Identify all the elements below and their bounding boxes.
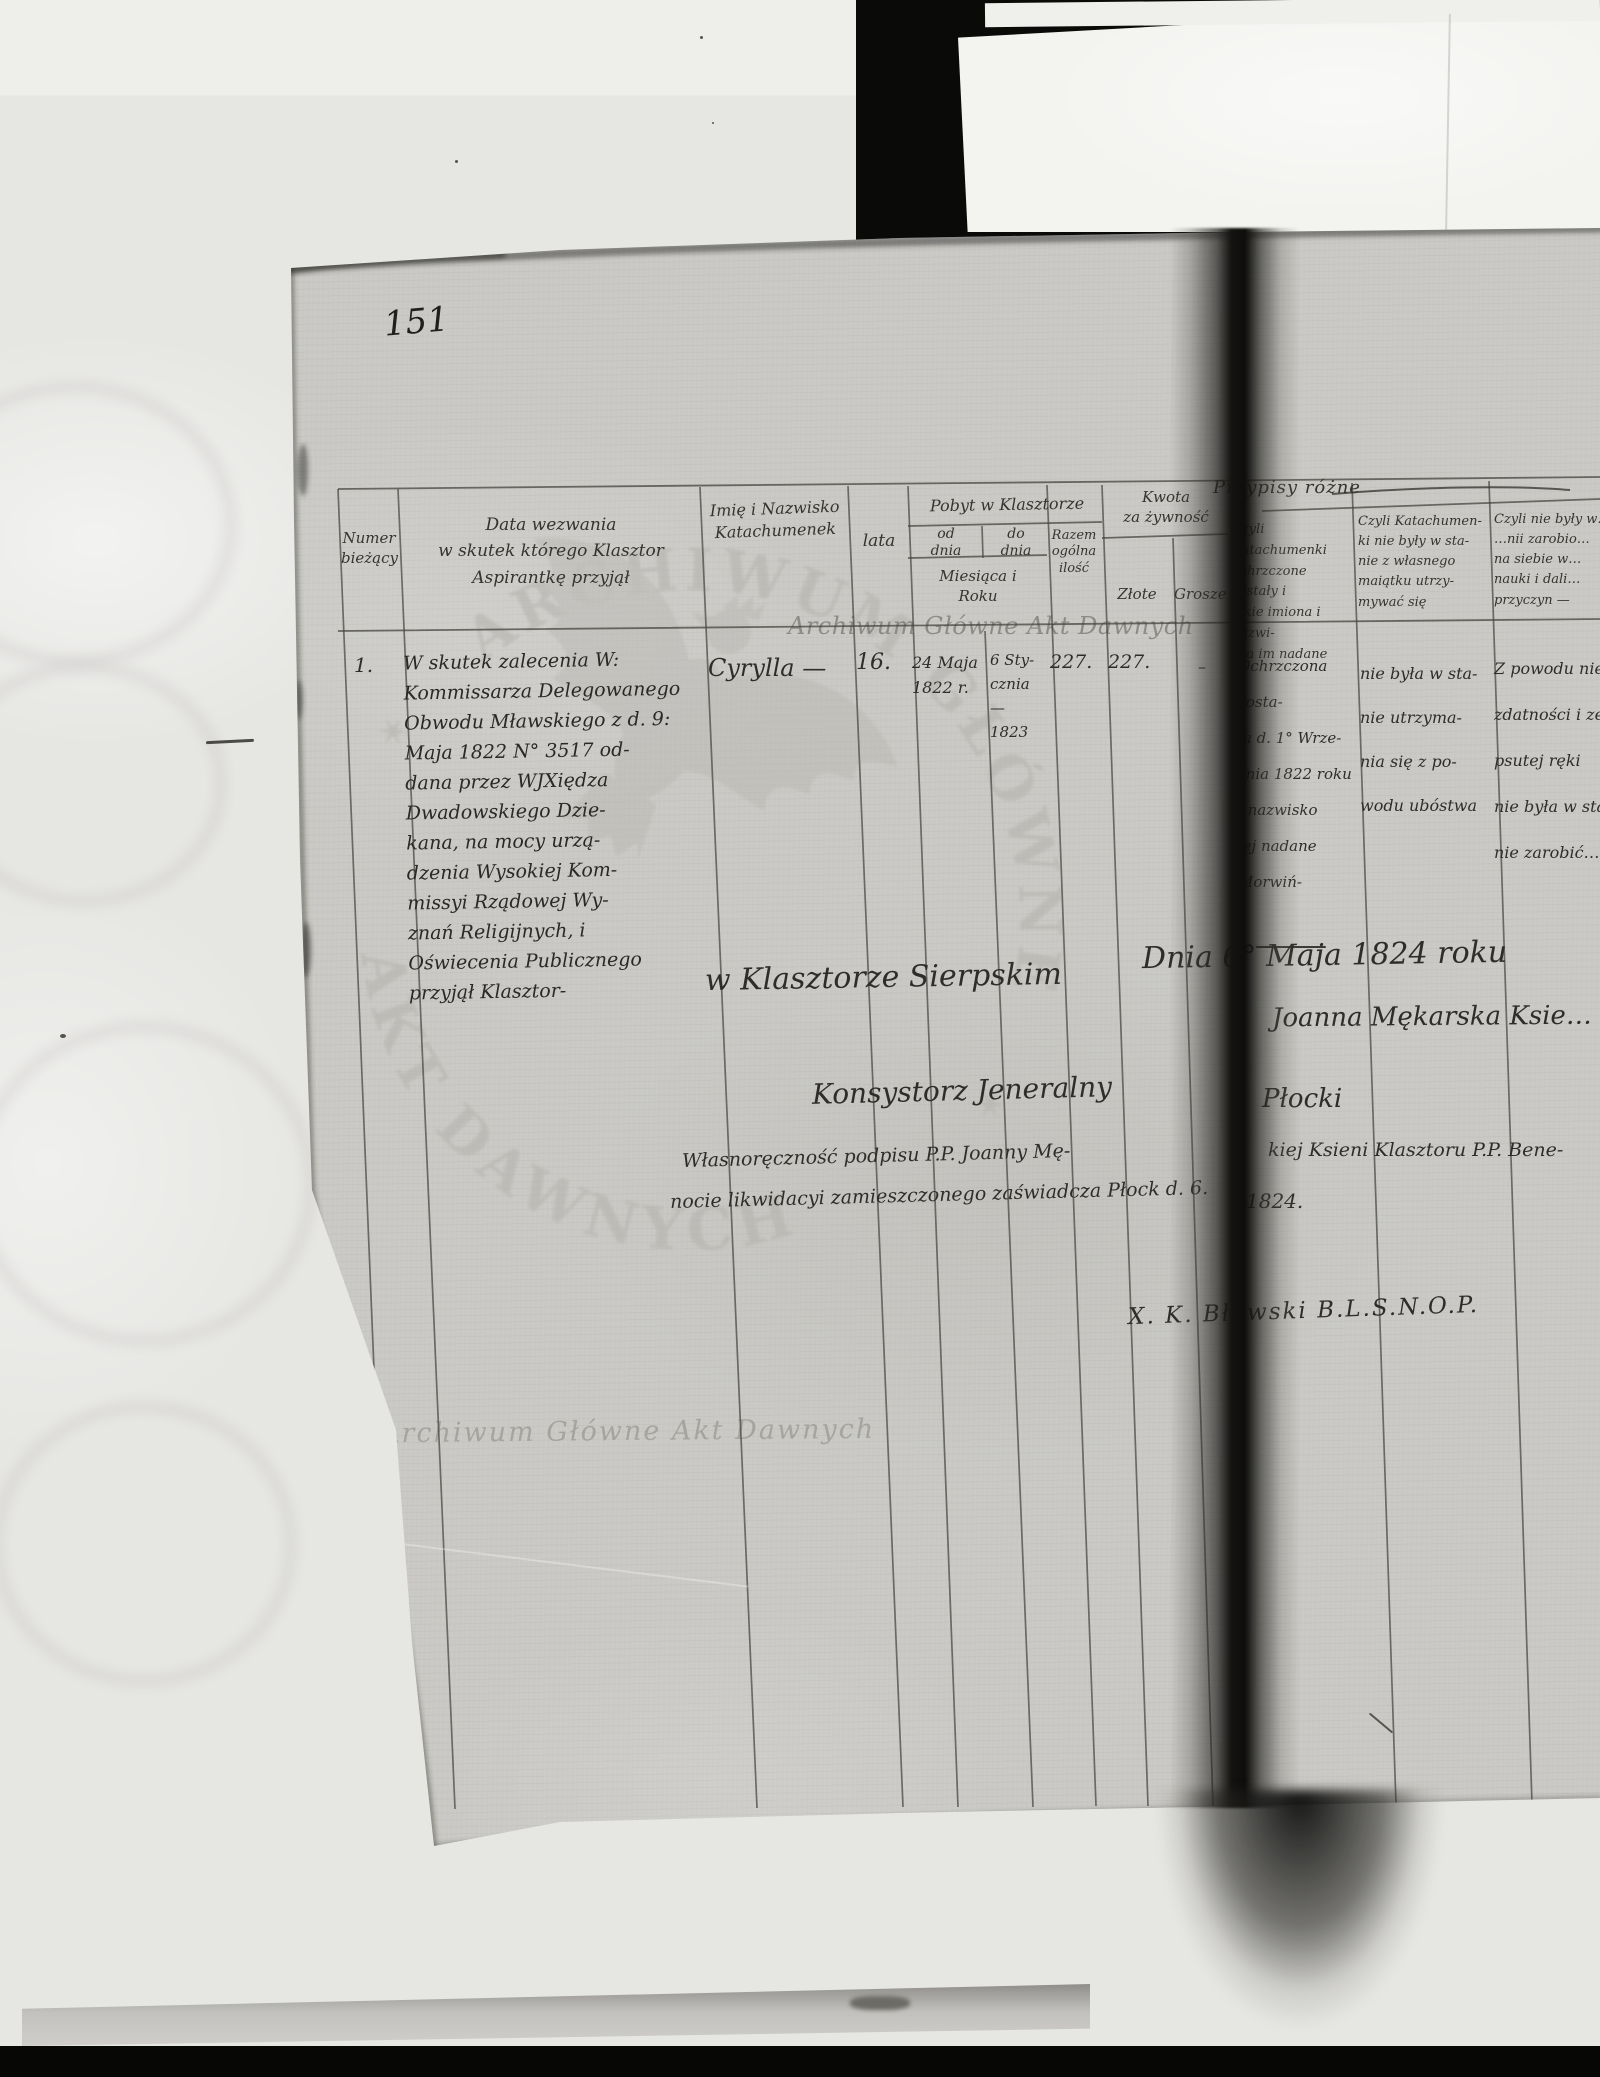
header-cell-pobyt: Pobyt w Klasztorze: [912, 492, 1102, 517]
dust-speck: [455, 160, 458, 163]
dust-speck: [700, 36, 703, 39]
row-cell-zlote: 227.: [1108, 650, 1150, 676]
header-cell-imie-nazwisko: Imię i Nazwisko Katachumenek: [701, 495, 848, 543]
dust-speck: [60, 1034, 66, 1038]
binding-fold-shadow-below: [1140, 1790, 1460, 2060]
certification-line1-right: kiej Ksieni Klasztoru P.P. Bene-: [1268, 1138, 1563, 1164]
header-cell-przypisy-2: Czyli Katachumen- ki nie były w sta- nie…: [1358, 512, 1486, 613]
header-cell-zlote: Złote: [1104, 584, 1170, 604]
sliver-stain: [850, 1996, 910, 2010]
note-konsystorz: Konsystorz Jeneralny: [812, 1068, 1113, 1114]
archival-scan: ARCHIWUM GŁÓWNE AKT DAWNYCH ✶ ✶: [0, 0, 1600, 2077]
row-cell-numer: 1.: [354, 652, 373, 679]
dust-speck: [712, 122, 714, 124]
header-cell-lata: lata: [850, 530, 908, 553]
note-klasztor: w Klasztorze Sierpskim: [705, 955, 1063, 1002]
header-cell-data-wezwania: Data wezwania w skutek którego Klasztor …: [404, 512, 698, 591]
page-number: 151: [382, 297, 451, 348]
row-cell-przypisy-3: Z powodu nie- zdatności i ze- psutej ręk…: [1494, 646, 1600, 876]
row-cell-od-dnia: 24 Maja 1822 r.: [912, 650, 982, 700]
header-cell-do-dnia: do dnia: [988, 526, 1044, 560]
row-cell-razem: 227.: [1050, 650, 1092, 676]
header-cell-od-dnia: od dnia: [914, 526, 978, 560]
header-cell-miesiaca-roku: Miesiąca i Roku: [912, 566, 1044, 607]
header-cell-przypisy-3: Czyli nie były w… …nii zarobio… na siebi…: [1494, 510, 1600, 611]
row-cell-do-dnia: 6 Sty- cznia — 1823: [990, 648, 1046, 744]
overlapping-sheet: [958, 6, 1600, 232]
row-cell-przypisy-2: nie była w sta- nie utrzyma- nia się z p…: [1360, 652, 1490, 828]
header-flourish-line: [1332, 487, 1570, 494]
header-cell-razem: Razem ogólna ilość: [1048, 528, 1100, 577]
binding-fold-shadow: [1170, 228, 1300, 1808]
film-edge-strip: [0, 2046, 1600, 2077]
header-cell-numer: Numer bieżący: [341, 528, 397, 569]
marbling-ring: [0, 1400, 298, 1688]
row-cell-imie-nazwisko: Cyrylla —: [708, 652, 826, 684]
row-cell-data-wezwania: W skutek zalecenia W: Kommissarza Delego…: [403, 643, 701, 1008]
note-name: Joanna Mękarska Ksie…: [1272, 999, 1592, 1037]
row-cell-lata: 16.: [856, 648, 891, 678]
